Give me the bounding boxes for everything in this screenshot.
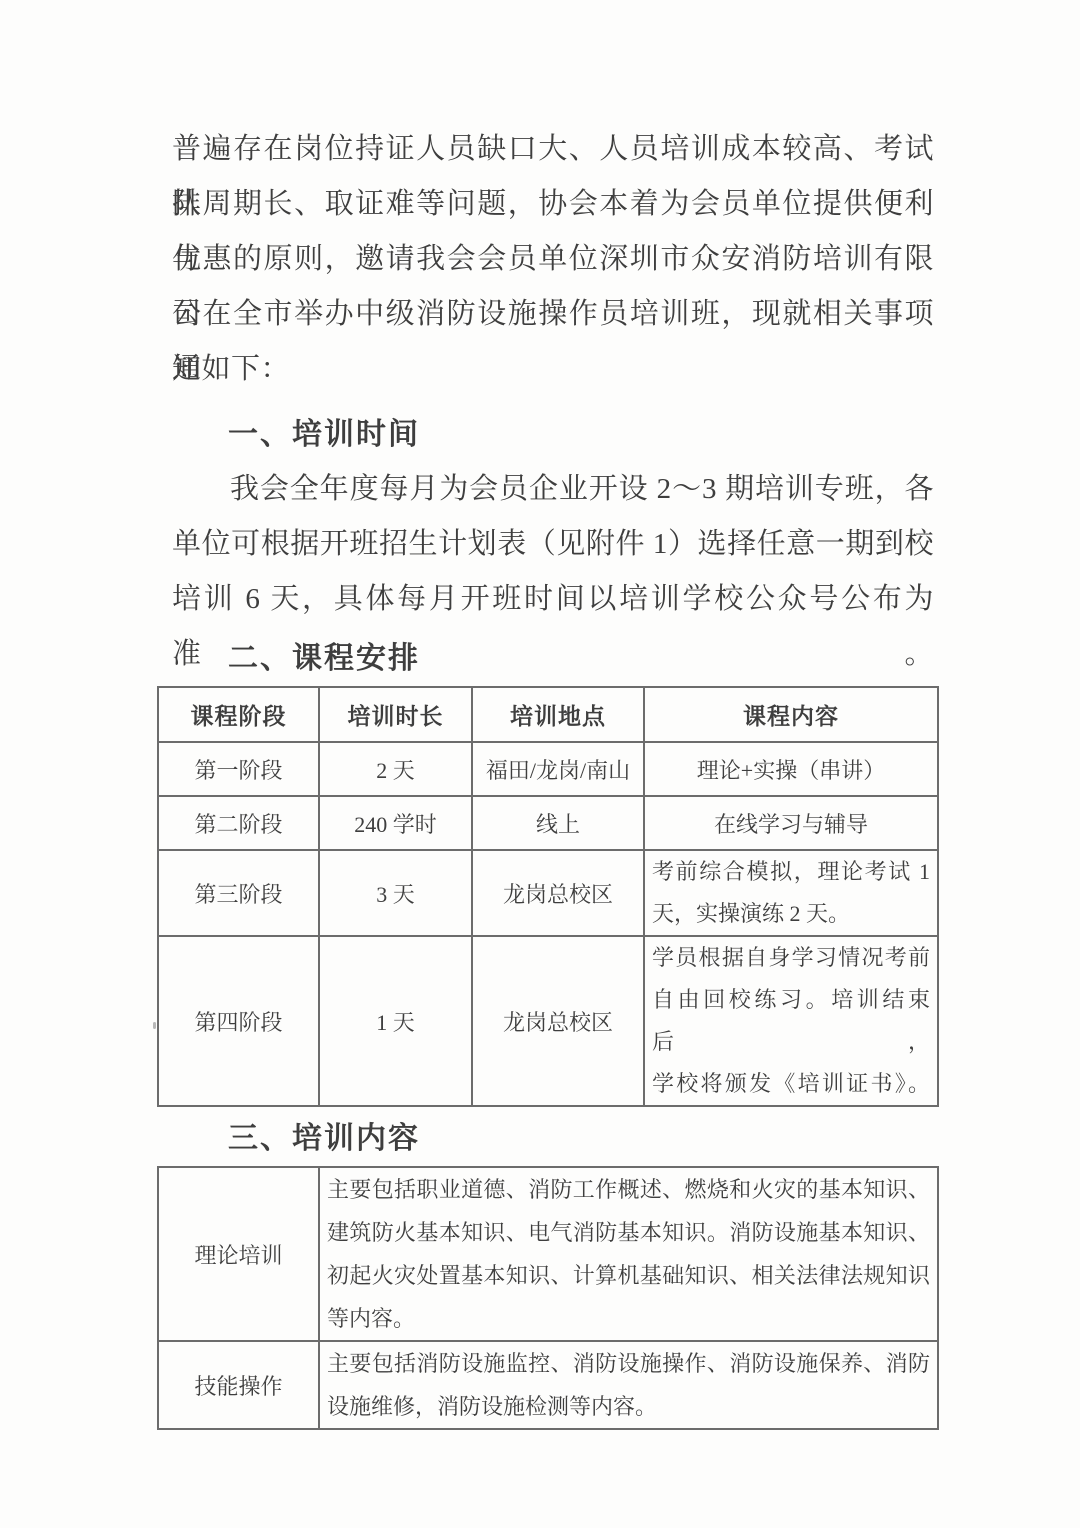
cell-location: 福田/龙岗/南山 [472, 742, 644, 796]
description-line: 初起火灾处置基本知识、计算机基础知识、相关法律法规知识 [327, 1254, 930, 1297]
training-time-paragraph: 我会全年度每月为会员企业开设 2～3 期培训专班，各 单位可根据开班招生计划表（… [172, 462, 934, 627]
course-schedule-table: 课程阶段 培训时长 培训地点 课程内容 第一阶段 2 天 福田/龙岗/南山 理论… [157, 686, 939, 1107]
cell-content: 考前综合模拟，理论考试 1 天，实操演练 2 天。 [644, 850, 938, 936]
cell-duration: 2 天 [319, 742, 472, 796]
cell-content-line: 学员根据自身学习情况考前 [652, 937, 930, 979]
cell-location: 线上 [472, 796, 644, 850]
paragraph-line: 培训 6 天，具体每月开班时间以培训学校公众号公布为准。 [172, 572, 934, 627]
section-heading-training-content: 三、培训内容 [172, 1111, 934, 1166]
intro-line: 知如下： [172, 342, 934, 397]
cell-content-line: 自由回校练习。培训结束后， [652, 979, 930, 1063]
cell-content: 学员根据自身学习情况考前 自由回校练习。培训结束后， 学校将颁发《培训证书》。 [644, 936, 938, 1106]
paragraph-line: 单位可根据开班招生计划表（见附件 1）选择任意一期到校 [172, 517, 934, 572]
scan-artifact [153, 1022, 156, 1029]
description-line: 等内容。 [327, 1297, 930, 1340]
description-line: 主要包括职业道德、消防工作概述、燃烧和火灾的基本知识、 [327, 1168, 930, 1211]
paragraph-line: 我会全年度每月为会员企业开设 2～3 期培训专班，各 [172, 462, 934, 517]
table-row: 第四阶段 1 天 龙岗总校区 学员根据自身学习情况考前 自由回校练习。培训结束后… [158, 936, 938, 1106]
table-row: 第三阶段 3 天 龙岗总校区 考前综合模拟，理论考试 1 天，实操演练 2 天。 [158, 850, 938, 936]
cell-duration: 3 天 [319, 850, 472, 936]
cell-location: 龙岗总校区 [472, 850, 644, 936]
cell-content: 理论+实操（串讲） [644, 742, 938, 796]
cell-description: 主要包括职业道德、消防工作概述、燃烧和火灾的基本知识、 建筑防火基本知识、电气消… [319, 1167, 938, 1341]
column-header-content: 课程内容 [644, 687, 938, 742]
scanned-document-page: 普遍存在岗位持证人员缺口大、人员培训成本较高、考试排 队周期长、取证难等问题，协… [0, 0, 1080, 1528]
table-row: 理论培训 主要包括职业道德、消防工作概述、燃烧和火灾的基本知识、 建筑防火基本知… [158, 1167, 938, 1341]
column-header-location: 培训地点 [472, 687, 644, 742]
column-header-stage: 课程阶段 [158, 687, 319, 742]
intro-line: 司在全市举办中级消防设施操作员培训班，现就相关事项通 [172, 287, 934, 342]
cell-category: 理论培训 [158, 1167, 319, 1341]
cell-duration: 1 天 [319, 936, 472, 1106]
intro-line: 普遍存在岗位持证人员缺口大、人员培训成本较高、考试排 [172, 122, 934, 177]
cell-content-line: 学校将颁发《培训证书》。 [652, 1063, 930, 1105]
description-line: 主要包括消防设施监控、消防设施操作、消防设施保养、消防 [327, 1342, 930, 1385]
intro-paragraph: 普遍存在岗位持证人员缺口大、人员培训成本较高、考试排 队周期长、取证难等问题，协… [172, 122, 934, 397]
cell-duration: 240 学时 [319, 796, 472, 850]
section-heading-training-time: 一、培训时间 [172, 407, 934, 462]
table-row: 第二阶段 240 学时 线上 在线学习与辅导 [158, 796, 938, 850]
table-header-row: 课程阶段 培训时长 培训地点 课程内容 [158, 687, 938, 742]
cell-stage: 第四阶段 [158, 936, 319, 1106]
cell-stage: 第一阶段 [158, 742, 319, 796]
training-content-table: 理论培训 主要包括职业道德、消防工作概述、燃烧和火灾的基本知识、 建筑防火基本知… [157, 1166, 939, 1430]
cell-content-line: 天，实操演练 2 天。 [652, 893, 930, 935]
cell-stage: 第三阶段 [158, 850, 319, 936]
cell-content-line: 考前综合模拟，理论考试 1 [652, 851, 930, 893]
description-line: 建筑防火基本知识、电气消防基本知识。消防设施基本知识、 [327, 1211, 930, 1254]
column-header-duration: 培训时长 [319, 687, 472, 742]
cell-content: 在线学习与辅导 [644, 796, 938, 850]
table-row: 第一阶段 2 天 福田/龙岗/南山 理论+实操（串讲） [158, 742, 938, 796]
cell-description: 主要包括消防设施监控、消防设施操作、消防设施保养、消防 设施维修，消防设施检测等… [319, 1341, 938, 1429]
cell-stage: 第二阶段 [158, 796, 319, 850]
table-row: 技能操作 主要包括消防设施监控、消防设施操作、消防设施保养、消防 设施维修，消防… [158, 1341, 938, 1429]
document-content: 普遍存在岗位持证人员缺口大、人员培训成本较高、考试排 队周期长、取证难等问题，协… [172, 122, 934, 1430]
cell-location: 龙岗总校区 [472, 936, 644, 1106]
intro-line: 队周期长、取证难等问题，协会本着为会员单位提供便利与 [172, 177, 934, 232]
intro-line: 优惠的原则，邀请我会会员单位深圳市众安消防培训有限公 [172, 232, 934, 287]
description-line: 设施维修，消防设施检测等内容。 [327, 1385, 930, 1428]
cell-category: 技能操作 [158, 1341, 319, 1429]
